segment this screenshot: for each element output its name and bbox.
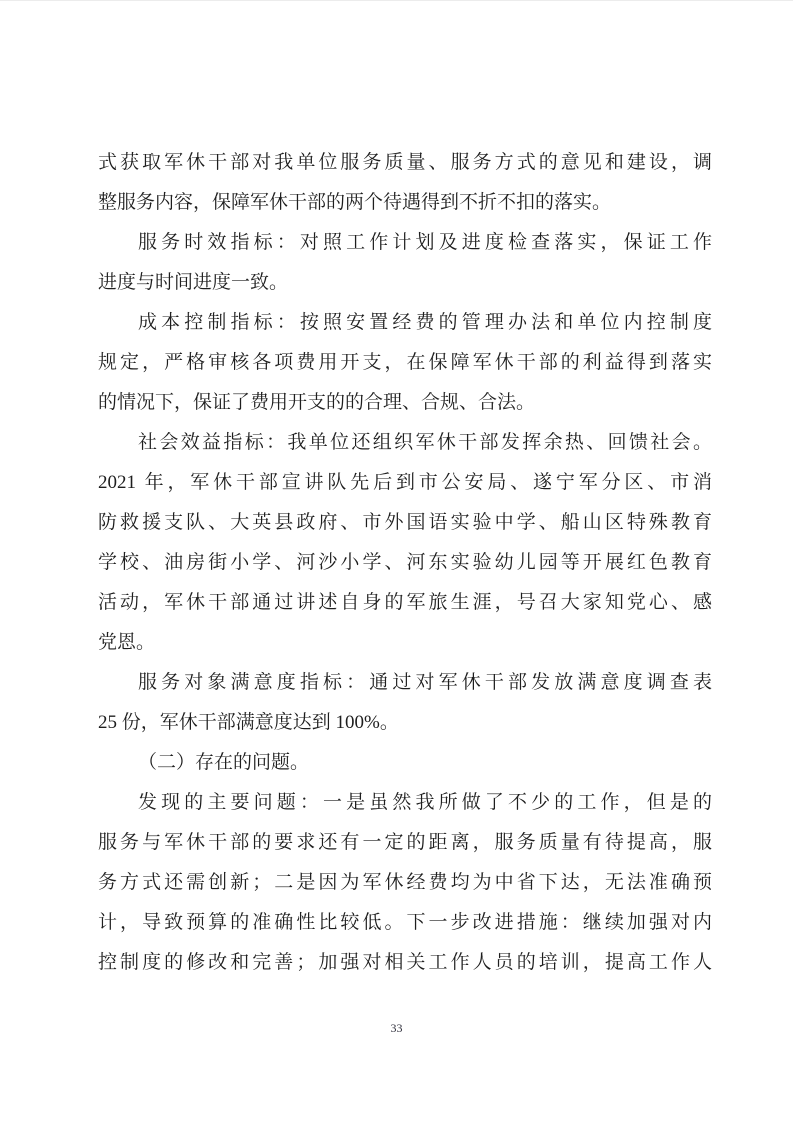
page-top-edge [0, 0, 793, 1]
text-line: 务方式还需创新；二是因为军休经费均为中省下达，无法准确预 [98, 863, 712, 903]
page-number: 33 [0, 1019, 793, 1037]
text-line: 式获取军休干部对我单位服务质量、服务方式的意见和建设，调 [98, 143, 712, 183]
text-line: 计，导致预算的准确性比较低。下一步改进措施：继续加强对内 [98, 903, 712, 943]
text-line: 活动，军休干部通过讲述自身的军旅生涯，号召大家知党心、感 [98, 583, 712, 623]
text-line: 进度与时间进度一致。 [98, 263, 712, 303]
text-line: 控制度的修改和完善；加强对相关工作人员的培训，提高工作人 [98, 943, 712, 983]
text-line: 服务时效指标：对照工作计划及进度检查落实，保证工作 [98, 223, 712, 263]
text-line: 党恩。 [98, 623, 712, 663]
text-line: 防救援支队、大英县政府、市外国语实验中学、船山区特殊教育 [98, 503, 712, 543]
text-line: 的情况下，保证了费用开支的的合理、合规、合法。 [98, 383, 712, 423]
text-line: 服务对象满意度指标：通过对军休干部发放满意度调查表 [98, 663, 712, 703]
text-line: 25 份，军休干部满意度达到 100%。 [98, 703, 712, 743]
text-line: 服务与军休干部的要求还有一定的距离，服务质量有待提高，服 [98, 823, 712, 863]
document-body-text: 式获取军休干部对我单位服务质量、服务方式的意见和建设，调 整服务内容，保障军休干… [98, 143, 712, 983]
text-line: 成本控制指标：按照安置经费的管理办法和单位内控制度 [98, 303, 712, 343]
text-line: 发现的主要问题：一是虽然我所做了不少的工作，但是的 [98, 783, 712, 823]
text-line: 规定，严格审核各项费用开支，在保障军休干部的利益得到落实 [98, 343, 712, 383]
text-line: 整服务内容，保障军休干部的两个待遇得到不折不扣的落实。 [98, 183, 712, 223]
text-line: （二）存在的问题。 [98, 743, 712, 783]
text-line: 社会效益指标：我单位还组织军休干部发挥余热、回馈社会。 [98, 423, 712, 463]
text-line: 学校、油房街小学、河沙小学、河东实验幼儿园等开展红色教育 [98, 543, 712, 583]
text-line: 2021 年，军休干部宣讲队先后到市公安局、遂宁军分区、市消 [98, 463, 712, 503]
